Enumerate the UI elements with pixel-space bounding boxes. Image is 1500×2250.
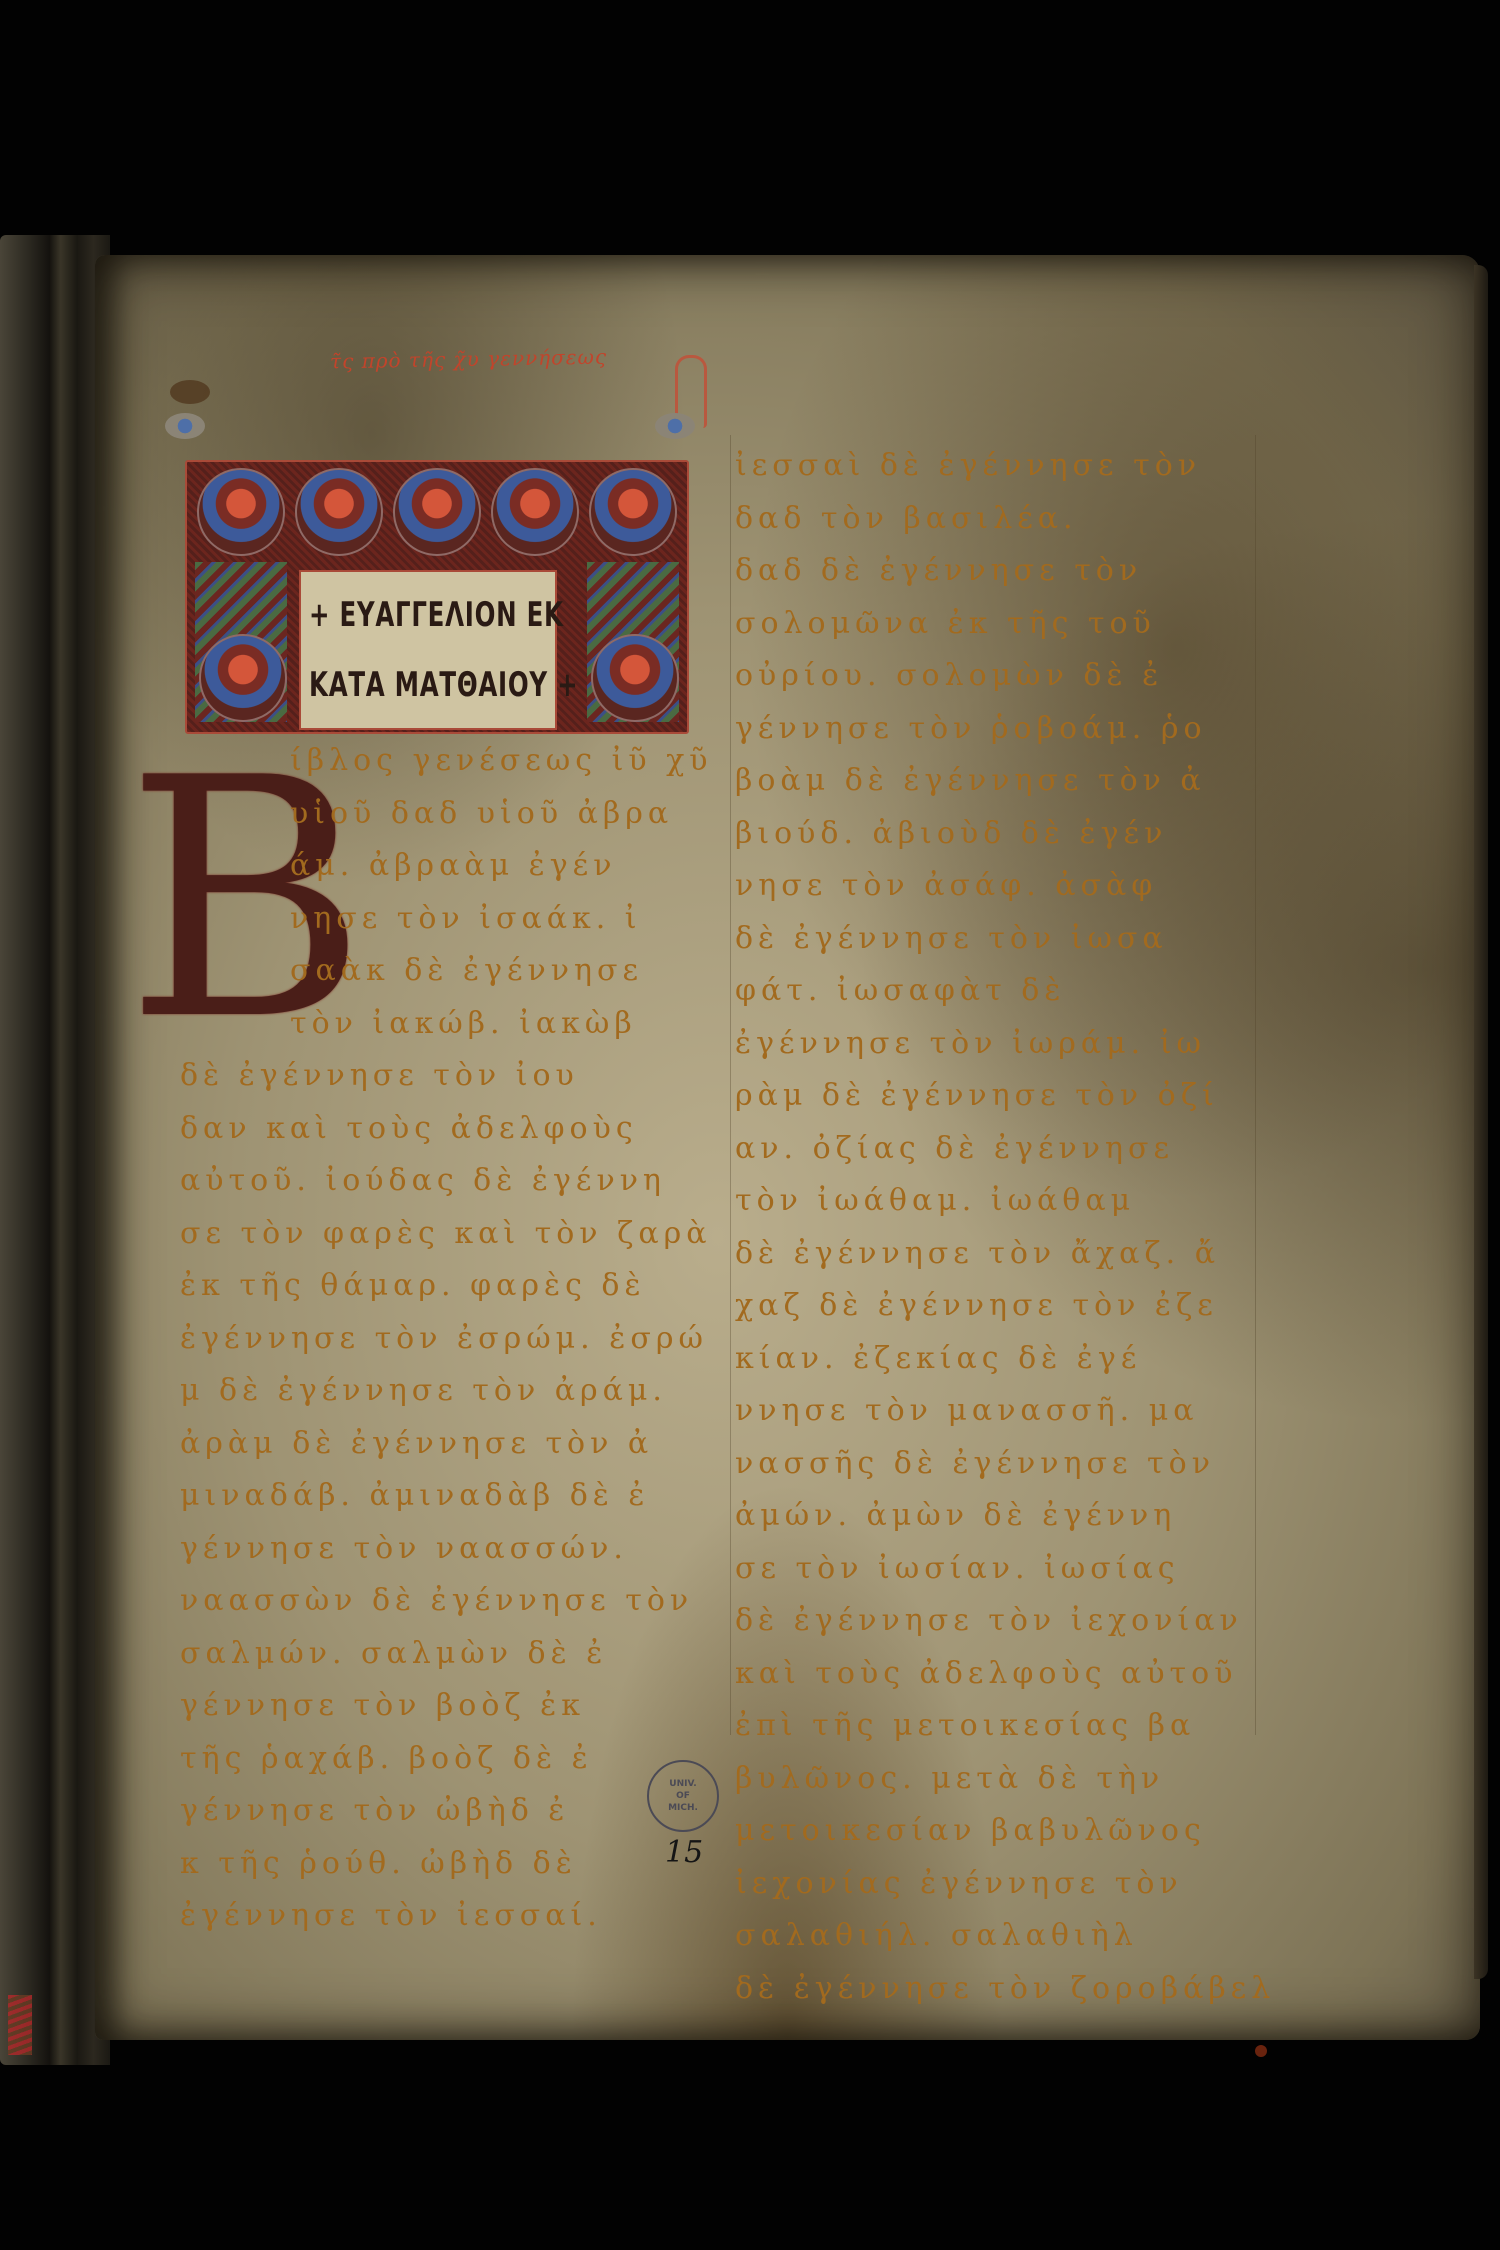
text-line: βοὰμ δὲ ἐγέννησε τὸν ἀ [735,755,1275,808]
text-line: σε τὸν ἰωσίαν. ἰωσίας [735,1543,1275,1596]
text-line: μετοικεσίαν βαβυλῶνος [735,1805,1275,1858]
floral-medallion [491,468,579,556]
text-line: γέννησε τὸν ῥοβοάμ. ῥο [735,703,1275,756]
text-column-right: ἰεσσαὶ δὲ ἐγέννησε τὸν δαδ τὸν βασιλέα. … [735,440,1275,2015]
stamp-text: OF [676,1790,690,1802]
text-line: αν. ὀζίας δὲ ἐγέννησε [735,1123,1275,1176]
marginal-rubric-note: τ̃ς πρὸ τῆς χ̃υ γεννήσεως [330,345,607,374]
book-spine [0,235,110,2065]
text-line: δαδ δὲ ἐγέννησε τὸν [735,545,1275,598]
floral-medallion [591,634,679,722]
folio-number: 15 [665,1835,703,1870]
text-line: γέννησε τὸν βοὸζ ἐκ [180,1680,711,1733]
text-line: σε τὸν φαρὲς καὶ τὸν ζαρὰ [180,1208,711,1261]
text-line: άμ. ἀβραὰμ ἐγέν [290,840,713,893]
text-line: ἰεσσαὶ δὲ ἐγέννησε τὸν [735,440,1275,493]
illuminated-headpiece: + ΕΥΑΓΓΕΛΙΟΝ ΕΚ ΚΑΤΑ ΜΑΤΘΑΙΟΥ + [185,460,689,734]
decorated-initial: Β [125,750,245,1060]
text-line: ἐγέννησε τὸν ἰωράμ. ἰω [735,1018,1275,1071]
stain [1255,2045,1267,2057]
text-column-left-beside-initial: ίβλος γενέσεως ἰῦ χῦ υἱοῦ δαδ υἱοῦ ἀβρα … [290,735,713,1050]
text-line: γέννησε τὸν ὠβὴδ ἐ [180,1785,711,1838]
text-column-left: δὲ ἐγέννησε τὸν ἰου δαν καὶ τοὺς ἀδελφοὺ… [180,1050,711,1943]
text-line: βυλῶνος. μετὰ δὲ τὴν [735,1753,1275,1806]
floral-medallion [393,468,481,556]
text-line: ναασσὼν δὲ ἐγέννησε τὸν [180,1575,711,1628]
manuscript-page: τ̃ς πρὸ τῆς χ̃υ γεννήσεως + ΕΥΑΓΓΕΛΙΟΝ Ε… [95,255,1480,2040]
text-line: κίαν. ἐζεκίας δὲ ἐγέ [735,1333,1275,1386]
text-line: αὐτοῦ. ἰούδας δὲ ἐγέννη [180,1155,711,1208]
headpiece-finial-ornament [655,413,695,439]
text-line: δὲ ἐγέννησε τὸν ἰωσα [735,913,1275,966]
text-line: νασσῆς δὲ ἐγέννησε τὸν [735,1438,1275,1491]
text-line: δαδ τὸν βασιλέα. [735,493,1275,546]
text-line: δὲ ἐγέννησε τὸν ἰεχονίαν [735,1595,1275,1648]
text-line: ίβλος γενέσεως ἰῦ χῦ [290,735,713,788]
text-line: νησε τὸν ἀσάφ. ἀσὰφ [735,860,1275,913]
text-line: ἰεχονίας ἐγέννησε τὸν [735,1858,1275,1911]
floral-medallion [295,468,383,556]
stamp-text: MICH. [668,1802,698,1814]
text-line: χαζ δὲ ἐγέννησε τὸν ἐζε [735,1280,1275,1333]
text-line: οὐρίου. σολομὼν δὲ ἐ [735,650,1275,703]
text-line: σαὰκ δὲ ἐγέννησε [290,945,713,998]
text-line: ἀμών. ἀμὼν δὲ ἐγέννη [735,1490,1275,1543]
text-line: υἱοῦ δαδ υἱοῦ ἀβρα [290,788,713,841]
text-line: σαλαθιήλ. σαλαθιὴλ [735,1910,1275,1963]
text-line: ρὰμ δὲ ἐγέννησε τὸν ὀζί [735,1070,1275,1123]
text-line: καὶ τοὺς ἀδελφοὺς αὐτοῦ [735,1648,1275,1701]
title-line-1: + ΕΥΑΓΓΕΛΙΟΝ ΕΚ [309,580,564,650]
text-line: τὸν ἰακώβ. ἰακὼβ [290,998,713,1051]
text-line: δὲ ἐγέννησε τὸν ζοροβάβελ [735,1963,1275,2016]
stamp-text: UNIV. [669,1778,696,1790]
text-line: δαν καὶ τοὺς ἀδελφοὺς [180,1103,711,1156]
floral-medallion [589,468,677,556]
text-line: σαλμών. σαλμὼν δὲ ἐ [180,1628,711,1681]
text-line: μ δὲ ἐγέννησε τὸν ἀράμ. [180,1365,711,1418]
bookmark-ribbon [8,1995,32,2055]
stain [170,380,210,404]
library-ownership-stamp: UNIV. OF MICH. [647,1760,719,1832]
headpiece-finial-ornament [165,413,205,439]
text-line: ἀρὰμ δὲ ἐγέννησε τὸν ἀ [180,1418,711,1471]
text-line: μιναδάβ. ἀμιναδὰβ δὲ ἐ [180,1470,711,1523]
headpiece-title-panel: + ΕΥΑΓΓΕΛΙΟΝ ΕΚ ΚΑΤΑ ΜΑΤΘΑΙΟΥ + [299,570,557,730]
text-line: βιούδ. ἀβιοὺδ δὲ ἐγέν [735,808,1275,861]
text-line: ἐκ τῆς θάμαρ. φαρὲς δὲ [180,1260,711,1313]
text-line: τὸν ἰωάθαμ. ἰωάθαμ [735,1175,1275,1228]
text-line: γέννησε τὸν ναασσών. [180,1523,711,1576]
text-line: δὲ ἐγέννησε τὸν ἰου [180,1050,711,1103]
text-line: δὲ ἐγέννησε τὸν ἄχαζ. ἄ [735,1228,1275,1281]
headpiece-right-panel [587,562,679,722]
text-line: ννησε τὸν μανασσῆ. μα [735,1385,1275,1438]
text-line: τῆς ῥαχάβ. βοὸζ δὲ ἐ [180,1733,711,1786]
page-edge [1474,265,1488,1979]
text-line: κ τῆς ῥούθ. ὠβὴδ δὲ [180,1838,711,1891]
text-line: σολομῶνα ἐκ τῆς τοῦ [735,598,1275,651]
headpiece-left-panel [195,562,287,722]
ruling-line [730,435,731,1735]
text-line: φάτ. ἰωσαφὰτ δὲ [735,965,1275,1018]
text-line: νησε τὸν ἰσαάκ. ἰ [290,893,713,946]
headpiece-medallion-row [197,468,677,560]
text-line: ἐγέννησε τὸν ἰεσσαί. [180,1890,711,1943]
text-line: ἐγέννησε τὸν ἐσρώμ. ἐσρώ [180,1313,711,1366]
floral-medallion [197,468,285,556]
text-line: ἐπὶ τῆς μετοικεσίας βα [735,1700,1275,1753]
